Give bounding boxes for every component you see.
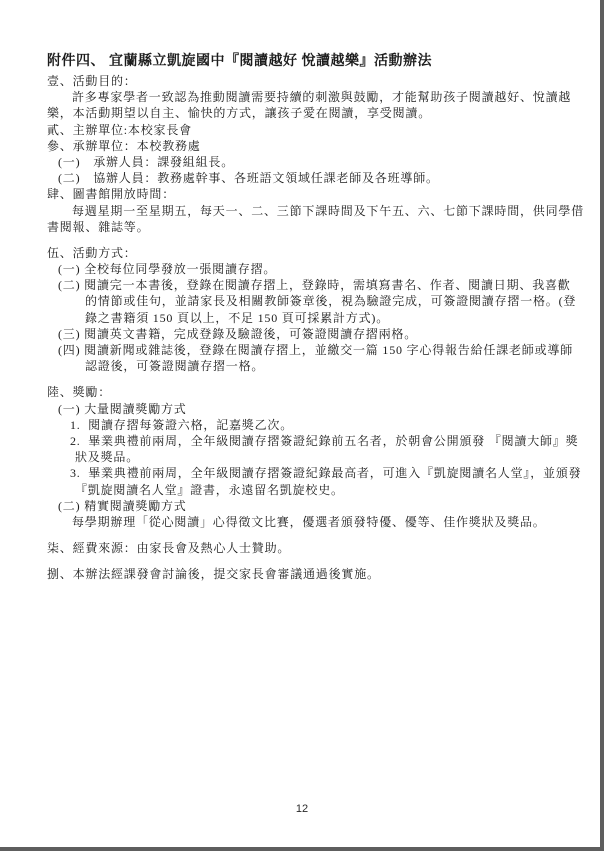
- document-line: (四) 閱讀新聞或雜誌後，登錄在閱讀存摺上，並繳交一篇 150 字心得報告給任課…: [58, 342, 562, 358]
- document-line: (二) 閱讀完一本書後，登錄在閱讀存摺上，登錄時，需填寫書名、作者、閱讀日期、我…: [58, 277, 562, 293]
- document-line: 捌、本辦法經課發會討論後，提交家長會審議通過後實施。: [47, 566, 562, 582]
- document-line: 2. 畢業典禮前兩周，全年級閱讀存摺簽證紀錄前五名者，於朝會公開頒發 『閱讀大師…: [70, 433, 562, 449]
- document-line: 1. 閱讀存摺每簽證六格，記嘉獎乙次。: [70, 417, 562, 433]
- document-line: 參、承辦單位：本校教務處: [47, 138, 562, 154]
- document-content: 附件四、 宜蘭縣立凱旋國中『閱讀越好 悅讀越樂』活動辦法 壹、活動目的：許多專家…: [47, 51, 562, 582]
- document-line: 柒、經費來源：由家長會及熱心人士贊助。: [47, 540, 562, 556]
- document-line: (一) 全校每位同學發放一張閱讀存摺。: [58, 261, 562, 277]
- document-line: 貳、主辦單位:本校家長會: [47, 122, 562, 138]
- document-title: 附件四、 宜蘭縣立凱旋國中『閱讀越好 悅讀越樂』活動辦法: [47, 51, 562, 72]
- document-line: 肆、圖書館開放時間：: [47, 186, 562, 202]
- document-line: 許多專家學者一致認為推動閱讀需要持續的刺激與鼓勵，才能幫助孩子閱讀越好、悅讀越: [72, 89, 562, 105]
- document-line: (一) 大量閱讀獎勵方式: [58, 401, 562, 417]
- document-line: 的情節或佳句，並請家長及相關教師簽章後，視為驗證完成，可簽證閱讀存摺一格。(登: [85, 293, 562, 309]
- document-line: (二) 精實閱讀獎勵方式: [58, 498, 562, 514]
- document-line: (一) 承辦人員：課發組組長。: [58, 154, 562, 170]
- document-line: 每學期辦理「從心閱讀」心得徵文比賽，優選者頒發特優、優等、佳作獎狀及獎品。: [72, 514, 562, 530]
- document-line: 『凱旋閱讀名人堂』證書，永遠留名凱旋校史。: [75, 482, 562, 498]
- document-line: 壹、活動目的：: [47, 73, 562, 89]
- document-line: 認證後，可簽證閱讀存摺一格。: [85, 358, 562, 374]
- document-line: (二) 協辦人員：教務處幹事、各班語文領域任課老師及各班導師。: [58, 170, 562, 186]
- document-line: 伍、活動方式：: [47, 245, 562, 261]
- document-line: 錄之書籍須 150 頁以上，不足 150 頁可採累計方式)。: [85, 310, 562, 326]
- document-line: 每週星期一至星期五，每天一、二、三節下課時間及下午五、六、七節下課時間，供同學借: [72, 203, 562, 219]
- document-line: (三) 閱讀英文書籍，完成登錄及驗證後，可簽證閱讀存摺兩格。: [58, 326, 562, 342]
- document-line: 樂，本活動期望以自主、愉快的方式，讓孩子愛在閱讀，享受閱讀。: [47, 105, 562, 121]
- scan-edge-bottom: [0, 847, 604, 851]
- document-line: 狀及獎品。: [75, 449, 562, 465]
- document-line: 書閱報、雜誌等。: [47, 219, 562, 235]
- document-line: 3. 畢業典禮前兩周，全年級閱讀存摺簽證紀錄最高者，可進入『凱旋閱讀名人堂』，並…: [70, 465, 562, 481]
- document-page: 附件四、 宜蘭縣立凱旋國中『閱讀越好 悅讀越樂』活動辦法 壹、活動目的：許多專家…: [0, 0, 604, 851]
- document-body: 壹、活動目的：許多專家學者一致認為推動閱讀需要持續的刺激與鼓勵，才能幫助孩子閱讀…: [47, 73, 562, 582]
- document-line: 陸、獎勵：: [47, 384, 562, 400]
- page-number: 12: [0, 803, 604, 815]
- scan-edge-right: [600, 0, 604, 851]
